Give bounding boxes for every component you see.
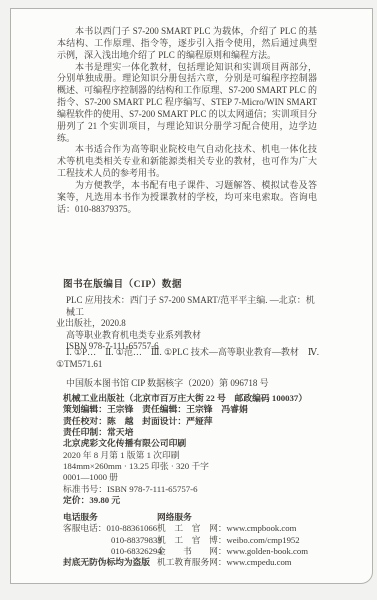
print-run-line: 0001—1000 册 [63,472,307,483]
publisher-address-line: 机械工业出版社（北京市百万庄大街 22 号 邮政编码 100037） [63,393,307,404]
cip-classification-line: Ⅰ. ①P… Ⅱ. ①范… Ⅲ. ①PLC 技术—高等职业教育—教材 Ⅳ. [56,347,328,359]
network-service-heading: 网络服务 [157,512,308,523]
printer-line: 北京虎彩文化传播有限公司印刷 [63,438,307,449]
cip-classification-line: ①TM571.61 [56,359,328,371]
cip-record-line: 业出版社，2020.8 [56,318,322,330]
service-contacts: 电话服务 客服电话：010-88361066 010-88379833 010-… [63,512,308,569]
print-supervisor-line: 责任印制：常天培 [63,427,307,438]
cip-series-line: 高等职业教育机电类专业系列教材 [56,330,322,342]
format-line: 184mm×260mm · 13.25 印张 · 320 千字 [63,461,307,472]
publication-info: 机械工业出版社（北京市百万庄大街 22 号 邮政编码 100037） 策划编辑：… [63,393,307,506]
phone-service-row: 客服电话：010-88361066 [63,523,157,534]
anti-piracy-notice: 封底无防伪标均为盗版 [63,557,157,568]
planning-editor-line: 策划编辑：王宗锋 责任编辑：王宗锋 冯睿娟 [63,404,307,415]
standard-isbn-line: 标准书号：ISBN 978-7-111-65757-6 [63,484,307,495]
cip-registry: 中国版本图书馆 CIP 数据核字（2020）第 096718 号 [56,376,269,389]
cip-classification: Ⅰ. ①P… Ⅱ. ①范… Ⅲ. ①PLC 技术—高等职业教育—教材 Ⅳ. ①T… [56,347,328,371]
phone-service-row: 010-88379833 [63,535,157,546]
network-service-row: 金 书 网：www.golden-book.com [157,546,308,557]
phone-service-row: 010-68326294 [63,546,157,557]
edition-line: 2020 年 8 月第 1 版第 1 次印刷 [63,450,307,461]
intro-paragraph-1: 本书以西门子 S7-200 SMART PLC 为载体，介绍了 PLC 的基本结… [57,26,317,62]
cip-record: PLC 应用技术：西门子 S7-200 SMART/范平平主编. —北京：机械工… [56,295,322,353]
intro-paragraph-4: 为方便教学，本书配有电子课件、习题解答、模拟试卷及答案等，凡选用本书作为授课教材… [57,180,317,216]
network-service-row: 机工教育服务网：www.cmpedu.com [157,557,308,568]
price-line: 定价：39.80 元 [63,495,307,506]
cip-heading: 图书在版编目（CIP）数据 [63,276,182,290]
proofreader-designer-line: 责任校对：陈 越 封面设计：严娅萍 [63,416,307,427]
intro-paragraph-3: 本书适合作为高等职业院校电气自动化技术、机电一体化技术等机电类相关专业和新能源类… [57,144,317,180]
network-service: 网络服务 机 工 官 网：www.cmpbook.com 机 工 官 博：wei… [157,512,308,569]
phone-service: 电话服务 客服电话：010-88361066 010-88379833 010-… [63,512,157,569]
phone-service-heading: 电话服务 [63,512,157,523]
network-service-row: 机 工 官 网：www.cmpbook.com [157,523,308,534]
book-introduction: 本书以西门子 S7-200 SMART PLC 为载体，介绍了 PLC 的基本结… [57,26,317,216]
cip-record-line: PLC 应用技术：西门子 S7-200 SMART/范平平主编. —北京：机械工 [56,295,322,318]
network-service-row: 机 工 官 博：weibo.com/cmp1952 [157,535,308,546]
intro-paragraph-2: 本书是理实一体化教材，包括理论知识和实训项目两部分，分别单独成册。理论知识分册包… [57,62,317,145]
